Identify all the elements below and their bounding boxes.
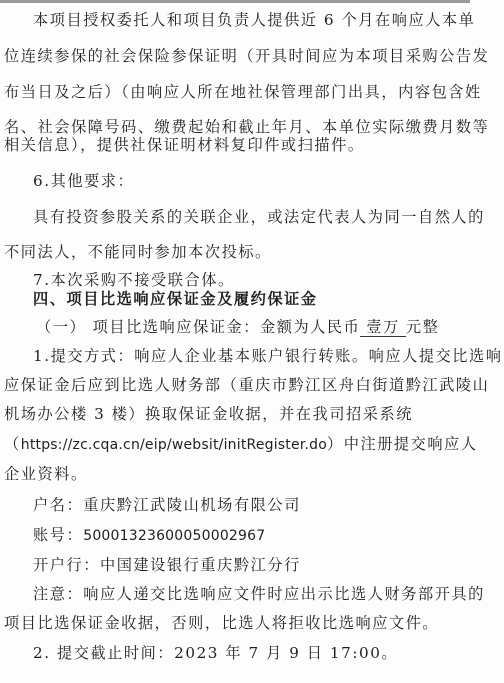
notice-line: 注意：响应人递交比选响应文件时应出示比选人财务部开具的 xyxy=(33,584,485,604)
item-6-line: 具有投资参股关系的关联企业，或法定代表人为同一自然人的 xyxy=(33,207,485,227)
registration-url-link[interactable]: https://zc.cqa.cn/eip/websit/initRegiste… xyxy=(21,437,327,453)
item-6-heading: 6.其他要求： xyxy=(33,171,134,191)
bank-value: 中国建设银行重庆黔江分行 xyxy=(100,556,301,574)
paragraph-line: 布当日及之后）（由响应人所在地社保管理部门出具，内容包含姓 xyxy=(4,82,482,102)
deadline-value: 2023 年 7 月 9 日 17:00。 xyxy=(174,644,398,662)
deposit-amount-suffix: 元整 xyxy=(406,318,439,336)
deadline-label: 2. 提交截止时间： xyxy=(33,644,174,662)
notice-line: 项目比选保证金收据，否则，比选人将拒收比选响应文件。 xyxy=(4,613,439,633)
paragraph-line: 相关信息），提供社保证明材料复印件或扫描件。 xyxy=(4,135,365,155)
submission-method-line: 机场办公楼 3 楼）换取保证金收据，并在我司招采系统 xyxy=(4,404,413,424)
account-name-line: 户名：重庆黔江武陵山机场有限公司 xyxy=(33,495,301,515)
account-number-label: 账号： xyxy=(33,526,83,544)
submission-method-last-line: 企业资料。 xyxy=(4,464,88,484)
item-7-text: 7.本次采购不接受联合体。 xyxy=(33,270,235,290)
account-name-label: 户名： xyxy=(33,496,83,514)
deadline-line: 2. 提交截止时间：2023 年 7 月 9 日 17:00。 xyxy=(33,643,398,663)
deposit-amount-line: （一） 项目比选响应保证金：金额为人民币壹万元整 xyxy=(36,317,439,337)
bank-label: 开户行： xyxy=(33,556,100,574)
page-top-rule xyxy=(0,0,470,3)
url-open-paren: （ xyxy=(4,435,21,453)
submission-method-line: 应保证金后应到比选人财务部（重庆市黔江区舟白街道黔江武陵山 xyxy=(4,375,489,395)
paragraph-line: 位连续参保的社会保险参保证明（开具时间应为本项目采购公告发 xyxy=(4,46,489,66)
bank-line: 开户行：中国建设银行重庆黔江分行 xyxy=(33,555,301,575)
url-line-suffix: ）中注册提交响应人 xyxy=(327,435,478,453)
account-number-value: 50001323600050002967 xyxy=(83,528,265,544)
account-number-line: 账号：50001323600050002967 xyxy=(33,525,265,546)
submission-method-line: 1.提交方式：响应人企业基本账户银行转账。响应人提交比选响 xyxy=(33,346,503,366)
paragraph-line: 名、社会保障号码、缴费起始和截止年月、本单位实际缴费月数等 xyxy=(4,117,489,137)
registration-url-line: （https://zc.cqa.cn/eip/websit/initRegist… xyxy=(4,434,478,455)
deposit-amount-value: 壹万 xyxy=(360,318,405,337)
item-6-line: 不同法人，不能同时参加本次投标。 xyxy=(4,242,272,262)
section-4-heading: 四、项目比选响应保证金及履约保证金 xyxy=(33,289,318,309)
account-name-value: 重庆黔江武陵山机场有限公司 xyxy=(83,496,301,514)
paragraph-line: 本项目授权委托人和项目负责人提供近 6 个月在响应人本单 xyxy=(33,10,475,30)
deposit-amount-prefix: （一） 项目比选响应保证金：金额为人民币 xyxy=(36,318,360,336)
